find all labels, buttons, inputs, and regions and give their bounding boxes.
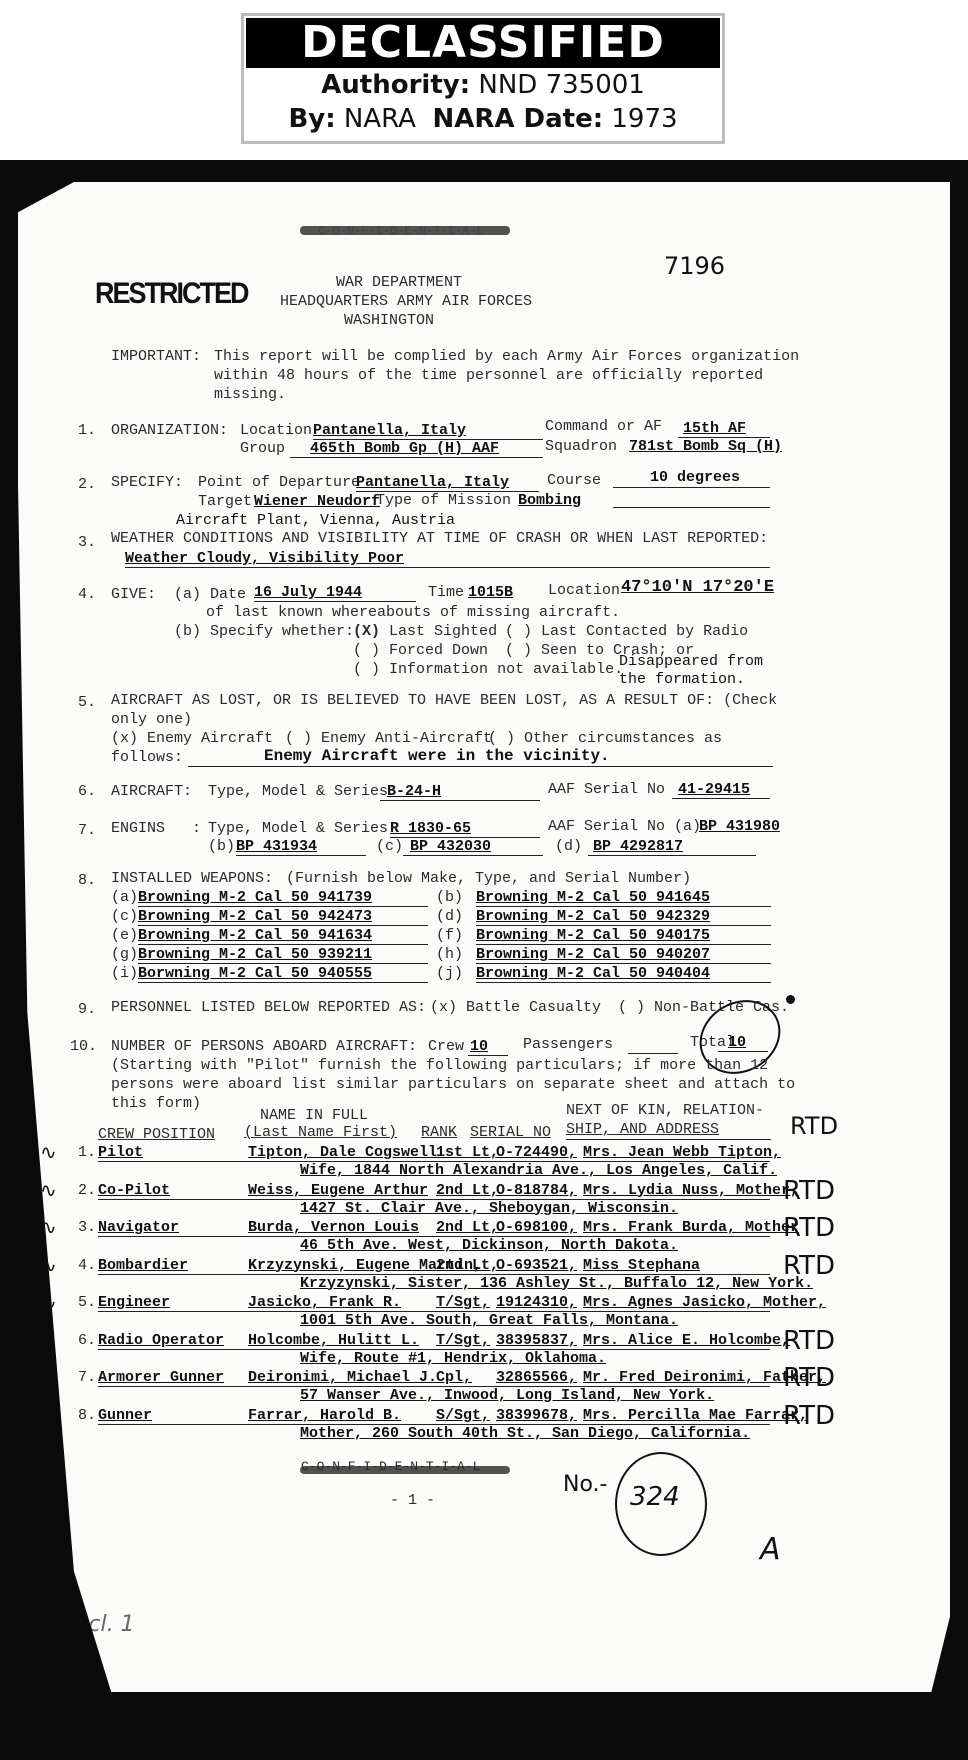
header-kin-top: NEXT OF KIN, RELATION- [566, 1102, 764, 1120]
aircraft-label: AIRCRAFT: [111, 783, 192, 801]
crew-rank: 2nd Lt, [436, 1219, 499, 1236]
crew-serial: 38399678, [496, 1407, 577, 1424]
crew-address: 1001 5th Ave. South, Great Falls, Montan… [300, 1312, 678, 1329]
weapon-key: (d) [436, 908, 463, 926]
crew-address: 57 Wanser Ave., Inwood, Long Island, New… [300, 1387, 714, 1404]
weapon-key: (a) [111, 889, 138, 907]
crew-serial: O-693521, [496, 1257, 577, 1274]
crew-number: 5. [78, 1294, 96, 1312]
aircraft-serial-value: 41-29415 [678, 781, 750, 798]
engine-type-value: R 1830-65 [390, 820, 471, 837]
rtd-annotation: RTD [790, 1112, 838, 1140]
crew-name: Tipton, Dale Cogswell [248, 1144, 437, 1161]
crew-next-of-kin: Miss Stephana [583, 1257, 700, 1274]
ink-dot [786, 995, 795, 1004]
crew-address: Krzyzynski, Sister, 136 Ashley St., Buff… [300, 1275, 813, 1292]
weapon-value: Browning M-2 Cal 50 939211 [138, 946, 372, 963]
command-value: 15th AF [683, 420, 746, 437]
check-mark-icon: ∿ [40, 1140, 57, 1164]
section-number: 3. [78, 534, 96, 552]
paper-sheet: C-O-N-F-I-D-E-N-T-I-A-L RESTRICTED 7196 … [18, 182, 950, 1692]
crew-serial: 32865566, [496, 1369, 577, 1386]
authority-value: NND 735001 [478, 70, 644, 100]
crew-name: Farrar, Harold B. [248, 1407, 401, 1424]
option-forced-down[interactable]: ( ) Forced Down [353, 642, 488, 660]
crew-label: Crew [428, 1038, 464, 1056]
header-name: (Last Name First) [244, 1124, 397, 1142]
crew-rank: Cpl, [436, 1369, 472, 1386]
persons-aboard-label: NUMBER OF PERSONS ABOARD AIRCRAFT: [111, 1038, 417, 1056]
option-last-contacted[interactable]: ( ) Last Contacted by Radio [505, 623, 748, 641]
weapon-key: (b) [436, 889, 463, 907]
rtd-annotation: RTD [783, 1401, 835, 1431]
crew-number: 6. [78, 1332, 96, 1350]
crew-position: Armorer Gunner [98, 1369, 224, 1386]
engine-serial-c: BP 432030 [410, 838, 491, 855]
important-line: within 48 hours of the time personnel ar… [214, 367, 763, 385]
crew-number: 2. [78, 1182, 96, 1200]
crew-name: Deironimi, Michael J. [248, 1369, 437, 1386]
section-number: 9. [78, 1001, 96, 1019]
number-value: 324 [630, 1482, 680, 1512]
declassified-stamp: DECLASSIFIED Authority: NND 735001 By: N… [241, 13, 725, 144]
crew-next-of-kin: Mrs. Agnes Jasicko, Mother, [583, 1294, 826, 1311]
by-label: By: [288, 104, 335, 134]
stamp-authority: Authority: NND 735001 [244, 68, 722, 102]
crew-position: Navigator [98, 1219, 179, 1236]
weather-value: Weather Cloudy, Visibility Poor [125, 550, 404, 567]
crew-address: Wife, Route #1, Hendrix, Oklahoma. [300, 1350, 606, 1367]
crew-position: Radio Operator [98, 1332, 224, 1349]
check-mark-icon: ∿ [40, 1365, 57, 1389]
instructions-line: persons were aboard list similar particu… [111, 1076, 795, 1094]
weapon-key: (i) [111, 965, 138, 983]
option-enemy-aircraft[interactable]: (x) Enemy Aircraft [111, 730, 273, 748]
option-enemy-anti-aircraft[interactable]: ( ) Enemy Anti-Aircraft [285, 730, 492, 748]
important-line: This report will be complied by each Arm… [214, 348, 799, 366]
crew-position: Pilot [98, 1144, 143, 1161]
crew-serial: O-818784, [496, 1182, 577, 1199]
header-line-hq: HEADQUARTERS ARMY AIR FORCES [280, 293, 532, 311]
date-value: 16 July 1944 [254, 584, 362, 601]
check-mark-icon: ∿ [40, 1178, 57, 1202]
engines-label: ENGINS : [111, 820, 201, 838]
rtd-annotation: RTD [783, 1326, 835, 1356]
crew-position: Bombardier [98, 1257, 188, 1274]
date-label: NARA Date: [432, 104, 603, 134]
course-label: Course [547, 472, 601, 490]
weapons-label: INSTALLED WEAPONS: [111, 870, 273, 888]
course-value: 10 degrees [650, 469, 740, 486]
crew-rank: 2nd Lt, [436, 1257, 499, 1274]
time-label: Time [428, 584, 464, 602]
weapon-value: Browning M-2 Cal 50 940404 [476, 965, 710, 982]
give-label: GIVE: [111, 586, 156, 604]
crew-rank: 1st Lt, [436, 1144, 499, 1161]
engine-serial-a: BP 431980 [699, 818, 780, 835]
rtd-annotation: RTD [783, 1213, 835, 1243]
crew-address: 46 5th Ave. West, Dickinson, North Dakot… [300, 1237, 678, 1254]
classification-bottom: C-O-N-F-I-D-E-N-T-I-A-L [301, 1458, 480, 1476]
check-mark-icon: ∿ [40, 1253, 57, 1277]
departure-label: Point of Departure [198, 474, 360, 492]
crew-serial: O-724490, [496, 1144, 577, 1161]
weapon-value: Browning M-2 Cal 50 942329 [476, 908, 710, 925]
loss-cause-label: AIRCRAFT AS LOST, OR IS BELIEVED TO HAVE… [111, 692, 777, 710]
crew-serial: O-698100, [496, 1219, 577, 1236]
crew-position: Engineer [98, 1294, 170, 1311]
crew-name: Jasicko, Frank R. [248, 1294, 401, 1311]
stamp-title: DECLASSIFIED [246, 18, 720, 68]
header-rank: RANK [421, 1124, 457, 1142]
command-label: Command or AF [545, 418, 662, 436]
crew-name: Weiss, Eugene Arthur [248, 1182, 428, 1199]
date-tail: of last known whereabouts of missing air… [206, 604, 620, 622]
weapon-key: (c) [111, 908, 138, 926]
departure-value: Pantanella, Italy [356, 474, 509, 491]
date-value: 1973 [611, 104, 677, 134]
crew-name: Burda, Vernon Louis [248, 1219, 419, 1236]
squadron-label: Squadron [545, 438, 617, 456]
crew-next-of-kin: Mrs. Jean Webb Tipton, [583, 1144, 781, 1161]
engine-c-label: (c) [376, 838, 403, 856]
date-label: (a) Date [174, 586, 246, 604]
option-other-circumstances[interactable]: ( ) Other circumstances as [488, 730, 722, 748]
weapons-hint: (Furnish below Make, Type, and Serial Nu… [286, 870, 691, 888]
weapon-key: (f) [436, 927, 463, 945]
engine-type-label: Type, Model & Series [208, 820, 388, 838]
margin-note: Incl. 1 [68, 1612, 135, 1637]
target-label: Target [198, 493, 252, 511]
weapon-key: (j) [436, 965, 463, 983]
location-label: Location [240, 422, 312, 440]
crew-next-of-kin: Mrs. Alice E. Holcombe, [583, 1332, 790, 1349]
weather-label: WEATHER CONDITIONS AND VISIBILITY AT TIM… [111, 530, 768, 548]
engine-d-label: (d) [555, 838, 582, 856]
passengers-label: Passengers [523, 1036, 613, 1054]
section-number: 8. [78, 872, 96, 890]
header-name-top: NAME IN FULL [260, 1107, 368, 1125]
target-value: Wiener Neudorf [254, 493, 380, 510]
crew-next-of-kin: Mrs. Lydia Nuss, Mother, [583, 1182, 799, 1199]
page-number: - 1 - [390, 1492, 435, 1510]
crew-number: 1. [78, 1144, 96, 1162]
engine-serial-b: BP 431934 [236, 838, 317, 855]
important-label: IMPORTANT: [111, 348, 201, 366]
corner-mark: A [760, 1532, 781, 1567]
weapon-value: Borwning M-2 Cal 50 940555 [138, 965, 372, 982]
stamp-by: By: NARA NARA Date: 1973 [244, 102, 722, 136]
crew-address: Mother, 260 South 40th St., San Diego, C… [300, 1425, 750, 1442]
group-value: 465th Bomb Gp (H) AAF [310, 440, 499, 457]
crew-rank: S/Sgt, [436, 1407, 490, 1424]
header-kin: SHIP, AND ADDRESS [566, 1121, 719, 1139]
option-battle-casualty[interactable]: (x) Battle Casualty [430, 999, 601, 1017]
crew-number: 4. [78, 1257, 96, 1275]
aircraft-type-value: B-24-H [387, 783, 441, 800]
crew-name: Holcombe, Hulitt L. [248, 1332, 419, 1349]
authority-label: Authority: [321, 70, 470, 100]
specify-whether-label: (b) Specify whether: [174, 623, 354, 641]
crew-next-of-kin: Mrs. Frank Burda, Mother [583, 1219, 799, 1236]
crew-position: Co-Pilot [98, 1182, 170, 1199]
check-mark-icon: ∿ [40, 1215, 57, 1239]
crew-value: 10 [470, 1038, 488, 1055]
section-number: 5. [78, 694, 96, 712]
rtd-annotation: RTD [783, 1363, 835, 1393]
crew-address: 1427 St. Clair Ave., Sheboygan, Wisconsi… [300, 1200, 678, 1217]
personnel-status-label: PERSONNEL LISTED BELOW REPORTED AS: [111, 999, 426, 1017]
crew-next-of-kin: Mrs. Percilla Mae Farrar, [583, 1407, 808, 1424]
section-number: 2. [78, 476, 96, 494]
weapon-value: Browning M-2 Cal 50 941739 [138, 889, 372, 906]
classification-top: C-O-N-F-I-D-E-N-T-I-A-L [318, 222, 484, 240]
option-last-sighted[interactable]: (X) Last Sighted [353, 623, 497, 641]
weapon-value: Browning M-2 Cal 50 940207 [476, 946, 710, 963]
weapon-key: (h) [436, 946, 463, 964]
mission-type-value: Bombing [518, 492, 581, 509]
rtd-annotation: RTD [783, 1176, 835, 1206]
crew-position: Gunner [98, 1407, 152, 1424]
by-value: NARA [344, 104, 416, 134]
crew-number: 3. [78, 1219, 96, 1237]
follows-value: Enemy Aircraft were in the vicinity. [264, 747, 610, 765]
crew-number: 8. [78, 1407, 96, 1425]
number-label: No.- [563, 1472, 607, 1497]
weapon-value: Browning M-2 Cal 50 940175 [476, 927, 710, 944]
crew-rank: T/Sgt, [436, 1332, 490, 1349]
engine-serial-d: BP 4292817 [593, 838, 683, 855]
section-number: 10. [70, 1038, 97, 1056]
crew-rank: T/Sgt, [436, 1294, 490, 1311]
mission-type-label: Type of Mission [376, 492, 511, 510]
location-value: Pantanella, Italy [313, 422, 466, 439]
header-crew-position: CREW POSITION [98, 1126, 215, 1144]
header-serial: SERIAL NO [470, 1124, 551, 1142]
header-line-washington: WASHINGTON [344, 312, 434, 330]
weapon-value: Browning M-2 Cal 50 941634 [138, 927, 372, 944]
section-number: 7. [78, 822, 96, 840]
section-number: 4. [78, 586, 96, 604]
target-continued: Aircraft Plant, Vienna, Austria [176, 512, 455, 530]
option-info-not-available[interactable]: ( ) Information not available. [353, 661, 623, 679]
section-number: 6. [78, 783, 96, 801]
organization-label: ORGANIZATION: [111, 422, 228, 440]
weapon-value: Browning M-2 Cal 50 942473 [138, 908, 372, 925]
instructions-line: this form) [111, 1095, 201, 1113]
aircraft-type-label: Type, Model & Series [208, 783, 388, 801]
section-number: 1. [78, 422, 96, 440]
weapon-value: Browning M-2 Cal 50 941645 [476, 889, 710, 906]
scanned-document: C-O-N-F-I-D-E-N-T-I-A-L RESTRICTED 7196 … [0, 160, 968, 1760]
squadron-value: 781st Bomb Sq (H) [629, 438, 782, 455]
doc-number: 7196 [664, 252, 725, 280]
engine-serial-label: AAF Serial No (a) [548, 818, 701, 836]
loss-cause-label-cont: only one) [111, 711, 192, 729]
crew-rank: 2nd Lt, [436, 1182, 499, 1199]
crew-number: 7. [78, 1369, 96, 1387]
check-mark-icon: ∿ [40, 1403, 57, 1427]
crew-address: Wife, 1844 North Alexandria Ave., Los An… [300, 1162, 777, 1179]
instructions-line: (Starting with "Pilot" furnish the follo… [111, 1057, 768, 1075]
weapon-key: (g) [111, 946, 138, 964]
time-value: 1015B [468, 584, 513, 601]
crew-serial: 38395837, [496, 1332, 577, 1349]
rtd-annotation: RTD [783, 1251, 835, 1281]
check-mark-icon: ∿ [40, 1290, 57, 1314]
header-line-war-department: WAR DEPARTMENT [336, 274, 462, 292]
engine-b-label: (b) [208, 838, 235, 856]
disappeared-note: Disappeared from the formation. [619, 653, 769, 689]
weapon-key: (e) [111, 927, 138, 945]
aircraft-serial-label: AAF Serial No [548, 781, 665, 799]
crew-serial: 19124310, [496, 1294, 577, 1311]
follows-label: follows: [111, 749, 183, 767]
crash-location-label: Location [548, 582, 620, 600]
check-mark-icon: ∿ [40, 1328, 57, 1352]
important-line: missing. [214, 386, 286, 404]
crash-location-value: 47°10'N 17°20'E [621, 578, 774, 597]
specify-label: SPECIFY: [111, 474, 183, 492]
group-label: Group [240, 440, 285, 458]
